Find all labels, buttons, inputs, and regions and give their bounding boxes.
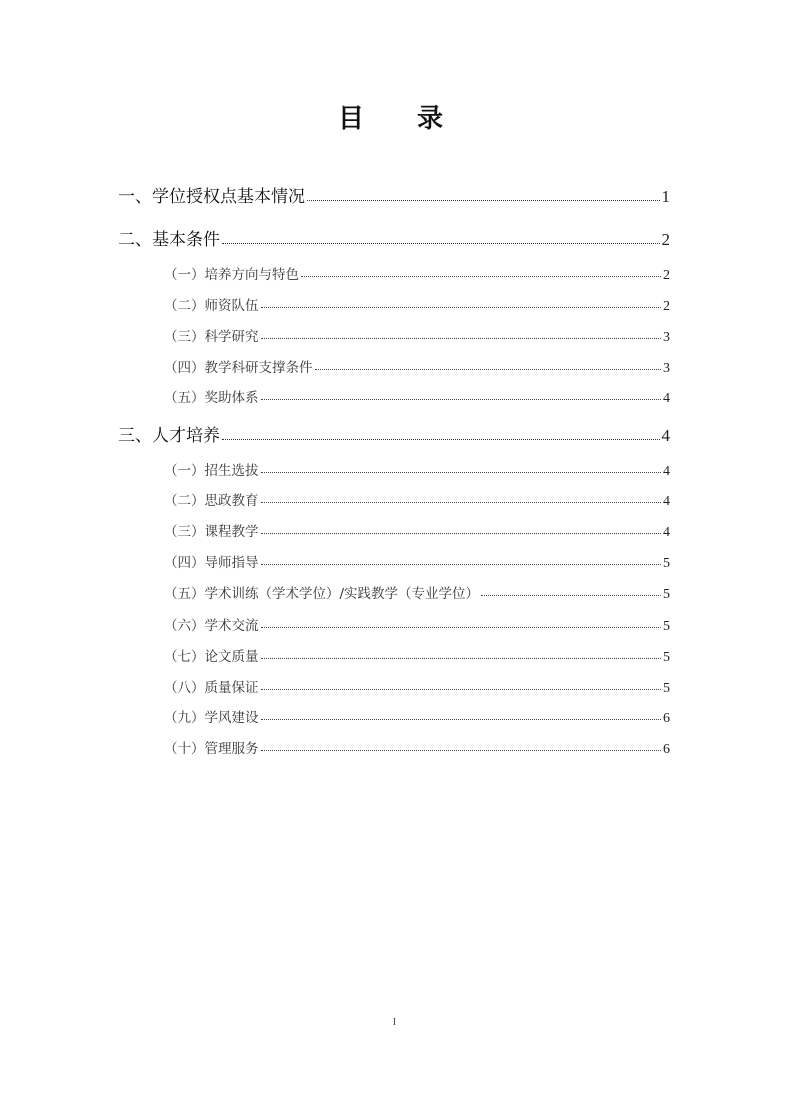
- toc-entry-label: （二）师资队伍: [164, 294, 259, 314]
- toc-entry-page: 2: [663, 268, 670, 284]
- dot-leader: [261, 554, 662, 568]
- toc-entry-page: 3: [663, 361, 670, 377]
- toc-entry-2-5[interactable]: （五）奖助体系 4: [164, 386, 670, 407]
- toc-entry-page: 2: [662, 230, 671, 250]
- dot-leader: [261, 709, 662, 723]
- toc-entry-2-4[interactable]: （四）教学科研支撑条件 3: [164, 356, 670, 377]
- toc-entry-label: 二、基本条件: [118, 225, 220, 250]
- toc-entry-page: 5: [663, 619, 670, 635]
- dot-leader: [261, 679, 662, 693]
- toc-entry-label: （一）招生选拔: [164, 459, 259, 479]
- toc-entry-label: （九）学风建设: [164, 706, 259, 726]
- toc-entry-page: 6: [663, 742, 670, 758]
- toc-entry-label: （四）导师指导: [164, 551, 259, 571]
- toc-entry-section-1[interactable]: 一、学位授权点基本情况 1: [118, 182, 670, 207]
- dot-leader: [261, 648, 662, 662]
- toc-entry-2-2[interactable]: （二）师资队伍 2: [164, 294, 670, 315]
- toc-entry-label: （八）质量保证: [164, 676, 259, 696]
- toc-entry-page: 5: [663, 556, 670, 572]
- toc-entry-3-8[interactable]: （八）质量保证 5: [164, 676, 670, 697]
- toc-entry-label: （五）奖助体系: [164, 386, 259, 406]
- dot-leader: [261, 617, 662, 631]
- dot-leader: [261, 462, 662, 476]
- toc-entry-3-6[interactable]: （六）学术交流 5: [164, 614, 670, 635]
- toc-entry-page: 4: [663, 391, 670, 407]
- toc-entry-3-2[interactable]: （二）思政教育 4: [164, 489, 670, 510]
- toc-entry-label: （三）科学研究: [164, 325, 259, 345]
- toc-entry-page: 3: [663, 330, 670, 346]
- dot-leader: [222, 228, 660, 245]
- toc-entry-3-3[interactable]: （三）课程教学 4: [164, 520, 670, 541]
- toc-entry-page: 6: [663, 711, 670, 727]
- toc-entry-3-4[interactable]: （四）导师指导 5: [164, 551, 670, 572]
- page-footer-number: I: [0, 1016, 789, 1028]
- toc-entry-label: （二）思政教育: [164, 489, 259, 509]
- dot-leader: [481, 585, 661, 599]
- toc-entry-page: 2: [663, 299, 670, 315]
- toc-entry-label: （四）教学科研支撑条件: [164, 356, 313, 376]
- toc-entry-3-7[interactable]: （七）论文质量 5: [164, 645, 670, 666]
- toc-entry-label: （一）培养方向与特色: [164, 263, 299, 283]
- dot-leader: [261, 389, 662, 403]
- dot-leader: [261, 297, 662, 311]
- dot-leader: [261, 492, 662, 506]
- toc-title: 目 录: [0, 98, 789, 135]
- toc-entry-label: 一、学位授权点基本情况: [118, 182, 305, 207]
- toc-entry-3-10[interactable]: （十）管理服务 6: [164, 737, 670, 758]
- dot-leader: [261, 328, 662, 342]
- toc-entry-page: 4: [663, 525, 670, 541]
- document-page: 目 录 一、学位授权点基本情况 1 二、基本条件 2 （一）培养方向与特色 2 …: [0, 0, 789, 1116]
- toc-entry-2-1[interactable]: （一）培养方向与特色 2: [164, 263, 670, 284]
- toc-entry-section-3[interactable]: 三、人才培养 4: [118, 421, 670, 446]
- dot-leader: [301, 266, 661, 280]
- toc-entry-page: 4: [663, 464, 670, 480]
- toc-entry-label: （五）学术训练（学术学位）/实践教学（专业学位）: [164, 582, 479, 602]
- toc-entry-label: 三、人才培养: [118, 421, 220, 446]
- toc-entry-label: （七）论文质量: [164, 645, 259, 665]
- toc-entry-page: 4: [662, 426, 671, 446]
- dot-leader: [315, 359, 662, 373]
- toc-entry-3-1[interactable]: （一）招生选拔 4: [164, 459, 670, 480]
- toc-entry-label: （六）学术交流: [164, 614, 259, 634]
- toc-entry-3-5[interactable]: （五）学术训练（学术学位）/实践教学（专业学位） 5: [164, 582, 670, 603]
- toc-entry-page: 4: [663, 494, 670, 510]
- dot-leader: [261, 523, 662, 537]
- toc-entry-label: （三）课程教学: [164, 520, 259, 540]
- dot-leader: [307, 185, 660, 202]
- toc-entry-page: 1: [662, 187, 671, 207]
- toc-entry-page: 5: [663, 587, 670, 603]
- toc-entry-2-3[interactable]: （三）科学研究 3: [164, 325, 670, 346]
- dot-leader: [222, 424, 660, 441]
- toc-entry-page: 5: [663, 681, 670, 697]
- dot-leader: [261, 740, 662, 754]
- toc-entry-section-2[interactable]: 二、基本条件 2: [118, 225, 670, 250]
- toc-entry-label: （十）管理服务: [164, 737, 259, 757]
- toc-entry-3-9[interactable]: （九）学风建设 6: [164, 706, 670, 727]
- toc-entry-page: 5: [663, 650, 670, 666]
